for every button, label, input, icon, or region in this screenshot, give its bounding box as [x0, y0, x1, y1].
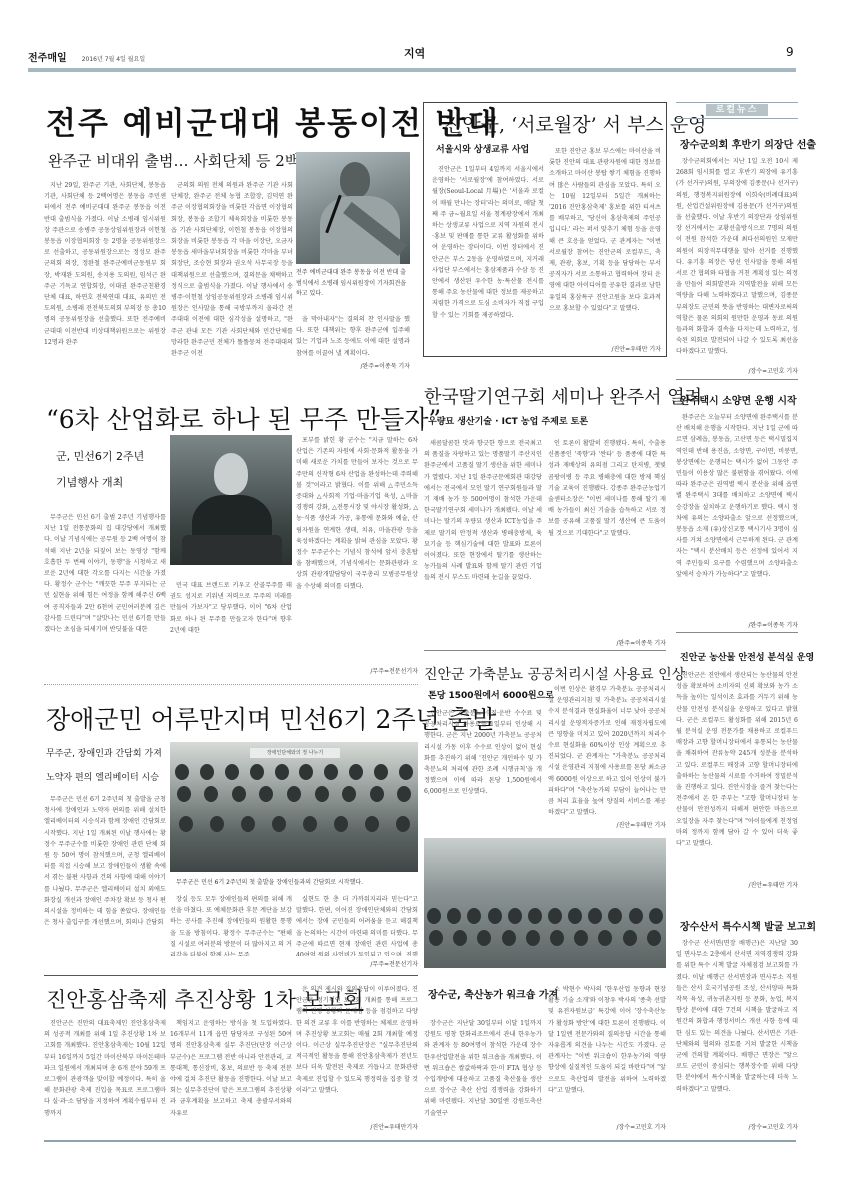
- divider: [676, 632, 798, 633]
- article-body-col3: 을 막아내자"는 결의의 찬 인사말을 했다. 또한 대책위는 향후 완주군에 …: [296, 314, 410, 358]
- paragraph: 책임지고 운영하는 방식을 첫 도입하였다. 16개부서 11개 읍면 담당자로…: [170, 1018, 292, 1119]
- article-body-col2: 이번 인상은 환경부 가축분뇨 공공처리시설 운영관리지침 및 가축분뇨 공공처…: [548, 684, 666, 816]
- paragraph: 인 토론이 활발히 진행됐다. 특히, 수출용 신품종인 '죽향'과 '싼타' …: [548, 438, 666, 539]
- page-number: 9: [786, 45, 794, 59]
- sidebar-body-4: 장수군 산서면(면장 배행근)은 지난달 30일 면사무소 2층에서 산서면 지…: [676, 938, 798, 1124]
- photo-workshop-hall: [424, 838, 666, 968]
- article-body-col2: 또한 진안군 홍보 부스에는 마이산을 비롯한 진안의 대표 관광자원에 대한 …: [549, 146, 661, 341]
- sidebar-body-2: 완주군은 오늘부터 소양면에 완주택시를 분산 배치해 운행을 시작한다. 지난…: [676, 412, 798, 610]
- people-back-row: [170, 764, 418, 780]
- paragraph: 장수군의회에서는 지난 1일 오전 10시 제268회 임시회를 열고 후반기 …: [676, 156, 798, 356]
- divider: [44, 975, 418, 976]
- headline-muju-6th-industry: “6차 산업화로 하나 된 무주 만들자”: [46, 400, 441, 436]
- paragraph: 소 박현수 박사의 '한우산업 동향과 현장활용 기술 소개'와 이창우 박사의…: [548, 984, 666, 1096]
- byline: /진안=우태만 기자: [548, 820, 666, 829]
- paragraph: 실현도 한 층 더 가까워지리라 믿는다"고 말했다. 한편, 이어진 장애인단…: [296, 894, 418, 956]
- headline-jinan-booth: 진안군, ‘서로월장’ 서 부스 운영: [444, 110, 707, 137]
- header-rule: [28, 68, 796, 72]
- byline: /장수=고민호 기자: [676, 1122, 798, 1131]
- paragraph: 을 막아내자"는 결의의 찬 인사말을 했다. 또한 대책위는 향후 완주군에 …: [296, 314, 410, 358]
- issue-date: 2016년 7월 4일 월요일: [82, 56, 145, 63]
- subheadline-strawberry: 우량묘 생산기술 · ICT 농업 주제로 토론: [428, 414, 588, 427]
- photo-caption: 전주 예비군대대 완주 봉동읍 이전 반대 출범식에서 소병래 임시위원장이 기…: [296, 268, 410, 300]
- photo-speaker-with-sash: [296, 152, 410, 264]
- article-body-col2: 민국 대표 브랜드로 키우고 산골무주를 태권도 성지로 키워낸 저력으로 무주…: [170, 580, 292, 680]
- byline: /진안=우태만기자: [296, 1122, 418, 1131]
- article-body-col3: 실현도 한 층 더 가까워지리라 믿는다"고 말했다. 한편, 이어진 장애인단…: [296, 894, 418, 956]
- people-middle-row: [170, 786, 418, 802]
- paragraph: 장수군 산서면(면장 배행근)은 지난달 30일 면사무소 2층에서 산서면 지…: [676, 938, 798, 1095]
- sidebar-headline-4: 장수산서 특수시책 발굴 보고회: [680, 918, 816, 933]
- paragraph: 무주군은 민선 6기 출범 2주년 기념행사를 지난 1일 전통문화의 집 대강…: [44, 512, 166, 635]
- person-head: [340, 162, 370, 198]
- article-body-col2: 장실 등도 모두 장애인들의 편의를 위해 개선을 마쳤다. 또 예체문화관 후…: [170, 894, 292, 956]
- headline-strawberry-seminar: 한국딸기연구회 세미나 완주서 열려: [424, 383, 702, 409]
- article-body-col3: 운 의견 제시와 질의응답이 이루어졌다. 진안군은 정기적인 보고회 개최를 …: [296, 984, 418, 1120]
- paragraph: 지난 29일, 완주군 기관, 사회단체, 봉동읍 기관, 사회단체 등 2백여…: [44, 180, 166, 348]
- byline: /진안=우태만 기자: [549, 344, 661, 353]
- sidebar-top-rule: [676, 102, 798, 103]
- podium: [182, 535, 282, 565]
- paragraph: 장수군은 지난달 30일부터 이달 1일까지 강원도 평창 한화리조트에서 관내…: [424, 1018, 542, 1119]
- article-body-col1: 새콤달콤한 맛과 향긋한 향으로 전국최고의 품질을 자랑하고 있는 명품딸기 …: [424, 438, 542, 650]
- article-body-col1: 장수군은 지난달 30일부터 이달 1일까지 강원도 평창 한화리조트에서 관내…: [424, 1018, 542, 1130]
- subheadline-jinan-booth: 서울시와 상생교류 사업: [436, 142, 529, 155]
- sidebar-headline-3: 진안군 농산물 안전성 분석실 운영: [680, 650, 814, 663]
- paragraph: 진안군은 가축분뇨 수집·운반 수수료 및 공공처리시설 사용료를 1일부터 인…: [424, 708, 542, 798]
- byline: /완주=이종묵 기자: [548, 638, 666, 647]
- paragraph: 진안군은 진안에서 생산되는 농산물의 안전성을 확보하여 소비자의 신뢰 확보…: [676, 670, 798, 849]
- footer-rule: [44, 1140, 796, 1142]
- paragraph: 포부를 밝힌 황 군수는 "지금 말하는 6차 산업은 기존의 자원에 사회·문…: [296, 435, 418, 592]
- article-body-col1: 무주군은 민선 6기 2주년의 첫 출발을 군청 청사에 장애인과 노약자 편의…: [44, 794, 166, 956]
- article-body-col2: 인 토론이 활발히 진행됐다. 특히, 수출용 신품종인 '죽향'과 '싼타' …: [548, 438, 666, 636]
- paragraph: 완주군은 오늘부터 소양면에 완주택시를 분산 배치해 운행을 시작한다. 지난…: [676, 412, 798, 580]
- byline: /무주=전문선기자: [296, 959, 418, 968]
- paragraph: 진안군은 1일부터 4일까지 서울시에서 운영하는 '서로월장'에 참여하였다.…: [432, 164, 544, 321]
- article-body-col1: 무주군은 민선 6기 출범 2주년 기념행사를 지난 1일 전통문화의 집 대강…: [44, 512, 166, 680]
- audience-row: [424, 908, 666, 924]
- article-body-col2: 소 박현수 박사의 '한우산업 동향과 현장활용 기술 소개'와 이창우 박사의…: [548, 984, 666, 1120]
- divider: [44, 684, 418, 685]
- article-body-col1: 지난 29일, 완주군 기관, 사회단체, 봉동읍 기관, 사회단체 등 2백여…: [44, 180, 166, 375]
- byline: /완주=이종묵 기자: [676, 620, 798, 629]
- byline: /진안=우태만 기자: [676, 880, 798, 889]
- article-body-col3: 포부를 밝힌 황 군수는 "지금 말하는 6차 산업은 기존의 자원에 사회·문…: [296, 435, 418, 663]
- article-body-col1: 진안군은 가축분뇨 수집·운반 수수료 및 공공처리시설 사용료를 1일부터 인…: [424, 708, 542, 816]
- paragraph: 또한 진안군 홍보 부스에는 마이산을 비롯한 진안의 대표 관광자원에 대한 …: [549, 146, 661, 314]
- sidebar-body-3: 진안군은 진안에서 생산되는 농산물의 안전성을 확보하여 소비자의 신뢰 확보…: [676, 670, 798, 878]
- paragraph: 장실 등도 모두 장애인들의 편의를 위해 개선을 마쳤다. 또 예체문화관 후…: [170, 894, 292, 956]
- photo-caption: 무주군은 민선 6기 2주년의 첫 출발을 장애인들과의 간담회로 시작했다.: [176, 878, 416, 889]
- paragraph: 진안군은 진안의 대표축제인 진안홍삼축제의 성공적 개최를 위해 1일 추진상…: [44, 1018, 166, 1119]
- section-title: 지역: [404, 45, 425, 61]
- people-front-row: [170, 816, 418, 832]
- subheadline-2: 기념행사 개최: [56, 474, 123, 490]
- subheadline-livestock-fee: 톤당 1500원에서 6000원으로: [428, 688, 554, 701]
- paragraph: 이번 인상은 환경부 가축분뇨 공공처리시설 운영관리지침 및 가축분뇨 공공처…: [548, 684, 666, 816]
- headline-livestock-fee: 진안군 가축분뇨 공공처리시설 사용료 인상: [424, 664, 685, 684]
- subheadline-2: 노약자 편의 엘리베이터 시승: [46, 770, 159, 783]
- byline: /장수=고민호 기자: [676, 366, 798, 375]
- photo-banner: 장애인단체와의 정 나누기: [250, 748, 340, 758]
- divider: [424, 650, 666, 651]
- byline: /완주=이종묵 기자: [296, 361, 410, 370]
- byline: /장수=고민호 기자: [548, 1122, 666, 1131]
- divider: [676, 379, 798, 380]
- sidebar-headline-1: 장수군의회 후반기 의장단 선출: [680, 136, 816, 151]
- subheadline-1: 군, 민선6기 2주년: [56, 448, 144, 464]
- paragraph: 무주군은 민선 6기 2주년의 첫 출발을 군청 청사에 장애인과 노약자 편의…: [44, 794, 166, 928]
- paragraph: 민국 대표 브랜드로 키우고 산골무주를 태권도 성지로 키워낸 저력으로 무주…: [170, 580, 292, 636]
- audience-row: [424, 930, 666, 946]
- article-body-col2: 책임지고 운영하는 방식을 첫 도입하였다. 16개부서 11개 읍면 담당자로…: [170, 1018, 292, 1130]
- person-head: [214, 453, 248, 495]
- photo-county-governor-speech: [170, 435, 292, 565]
- headline-livestock-workshop: 장수군, 축산농가 워크숍 가져: [428, 986, 558, 1001]
- article-body-col1: 진안군은 1일부터 4일까지 서울시에서 운영하는 '서로월장'에 참여하였다.…: [432, 164, 544, 349]
- paragraph: 운 의견 제시와 질의응답이 이루어졌다. 진안군은 정기적인 보고회 개최를 …: [296, 984, 418, 1096]
- article-body-col1: 진안군은 진안의 대표축제인 진안홍삼축제의 성공적 개최를 위해 1일 추진상…: [44, 1018, 166, 1130]
- article-body-col2: 군의회 의원 전체 의원과 완주군 기관 사회단체장, 완주군 전체 농협 조합…: [171, 180, 293, 375]
- paragraph: 군의회 의원 전체 의원과 완주군 기관 사회단체장, 완주군 전체 농협 조합…: [171, 180, 293, 359]
- newspaper-name: 전주매일: [28, 53, 67, 64]
- byline: /무주=전문선기자: [296, 666, 418, 675]
- photo-group-disabled-meeting: 장애인단체와의 정 나누기: [170, 742, 418, 872]
- sidebar-logo-rule: [676, 118, 798, 119]
- sidebar-body-1: 장수군의회에서는 지난 1일 오전 10시 제268회 임시회를 열고 후반기 …: [676, 156, 798, 356]
- headline-text: 진안홍삼축제 추진상황 1차: [46, 988, 303, 1012]
- paragraph: 새콤달콤한 맛과 향긋한 향으로 전국최고의 품질을 자랑하고 있는 명품딸기 …: [424, 438, 542, 584]
- subheadline-1: 무주군, 장애인과 간담회 가져: [46, 746, 162, 759]
- local-news-logo: 로컬뉴스: [706, 104, 768, 116]
